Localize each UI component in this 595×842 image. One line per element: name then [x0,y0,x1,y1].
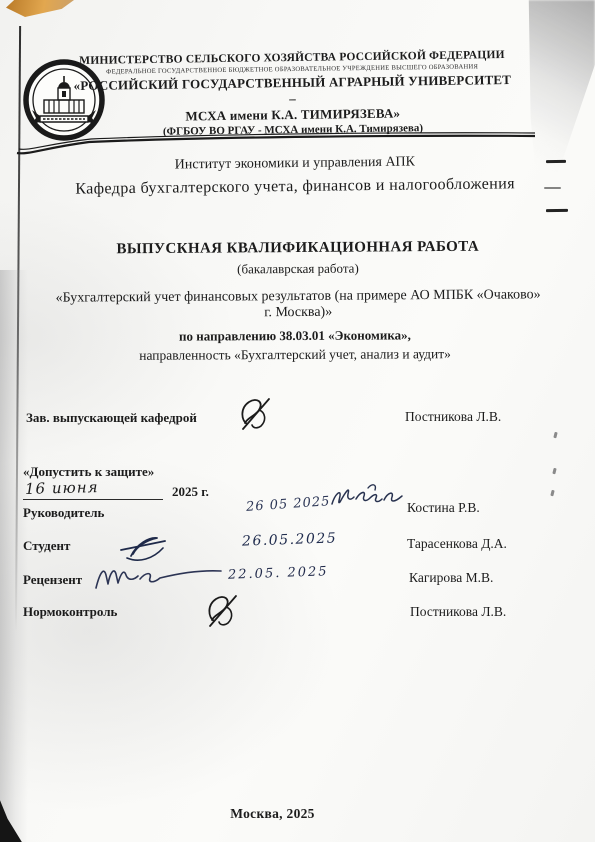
program-block: по направлению 38.03.01 «Экономика», нап… [60,327,530,364]
margin-tick-mark [552,468,556,474]
department-block: Институт экономики и управления АПК Кафе… [55,153,535,199]
document-header: МИНИСТЕРСТВО СЕЛЬСКОГО ХОЗЯЙСТВА РОССИЙС… [69,49,515,139]
postnikova-signature [237,396,279,432]
student-name: Тарасенкова Д.А. [407,536,507,552]
scan-edge-shadow [0,270,28,842]
head-of-chair-name: Постникова Л.В. [405,409,501,425]
program-direction-line: по направлению 38.03.01 «Экономика», [60,327,530,345]
work-type-title: ВЫПУСКНАЯ КВАЛИФИКАЦИОННАЯ РАБОТА [28,238,568,259]
work-subtype: (бакалаврская работа) [28,259,568,279]
kostina-signature [328,482,406,510]
student-label: Студент [23,538,70,554]
reviewer-name: Кагирова М.В. [409,570,493,586]
margin-tick-mark [550,490,554,496]
city-year-footer: Москва, 2025 [180,806,365,822]
admit-date-handwritten: 16 июня [25,478,99,498]
scanned-title-page: МИНИСТЕРСТВО СЕЛЬСКОГО ХОЗЯЙСТВА РОССИЙС… [0,0,595,842]
supervisor-name: Костина Р.В. [407,500,480,516]
head-of-chair-label: Зав. выпускающей кафедрой [26,410,197,426]
admit-date-underline [23,499,163,500]
work-title-block: ВЫПУСКНАЯ КВАЛИФИКАЦИОННАЯ РАБОТА (бакал… [28,238,569,323]
reviewer-date-handwritten: 22.05. 2025 [228,564,329,583]
program-profile-line: направленность «Бухгалтерский учет, анал… [60,346,530,364]
admit-year-label: 2025 г. [172,484,209,500]
chair-line: Кафедра бухгалтерского учета, финансов и… [55,175,535,199]
margin-dash-mark [546,160,566,163]
supervisor-date-handwritten: 26 05 2025 [246,494,331,515]
tarasenkova-signature [113,532,173,564]
norm-control-name: Постникова Л.В. [410,604,506,620]
norm-control-label: Нормоконтроль [23,604,117,620]
student-date-handwritten: 26.05.2025 [242,530,338,549]
kagirova-signature [90,562,225,594]
margin-dash-mark [544,187,561,189]
margin-tick-mark [553,432,557,438]
margin-dash-mark [546,209,568,212]
reviewer-label: Рецензент [23,572,82,588]
table-corner-artifact [6,0,74,17]
supervisor-label: Руководитель [23,505,104,521]
postnikova-signature [203,593,247,629]
